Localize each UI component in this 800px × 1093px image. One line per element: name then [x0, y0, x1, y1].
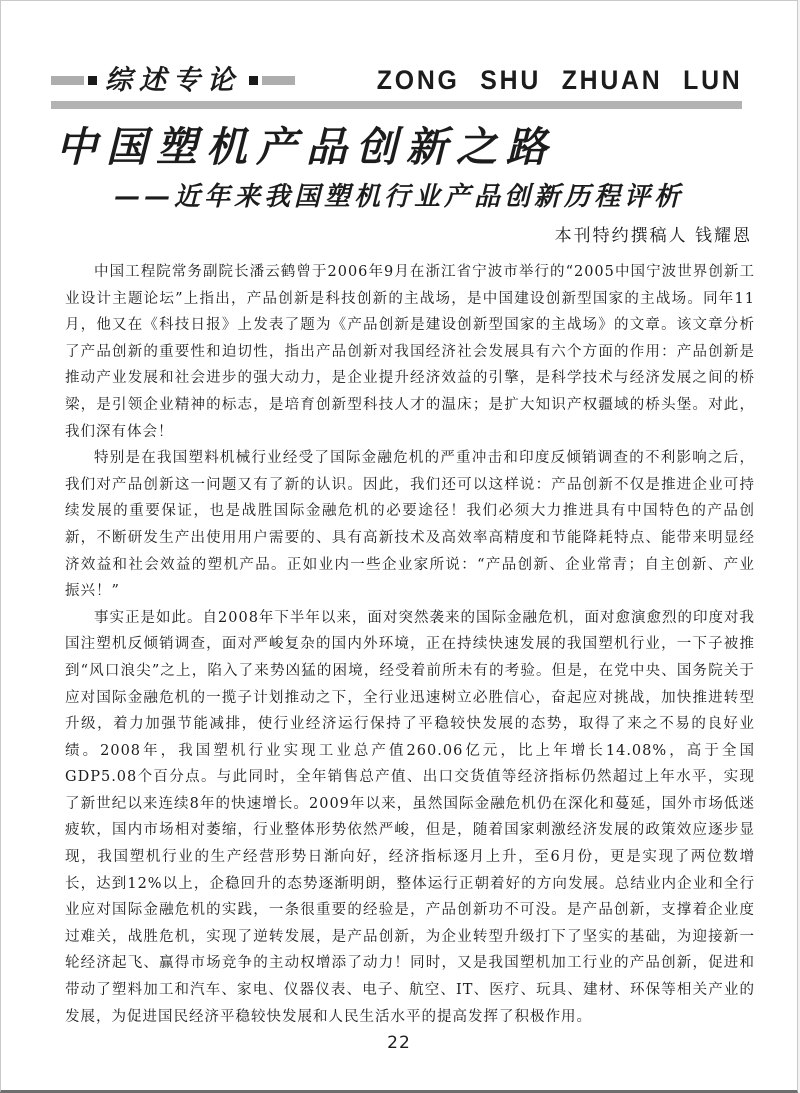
decor-bar-left — [51, 76, 84, 85]
page-header: 综述专论 ZONG SHU ZHUAN LUN — [51, 67, 742, 109]
section-label: 综述专论 — [101, 67, 245, 94]
section-label-pinyin: ZONG SHU ZHUAN LUN — [376, 67, 742, 94]
page-number: 22 — [1, 1033, 797, 1053]
article-byline: 本刊特约撰稿人 钱耀恩 — [56, 225, 752, 247]
decor-square-right — [249, 76, 258, 85]
decor-square-left — [88, 76, 97, 85]
decor-bar-right — [262, 76, 295, 85]
title-block: 中国塑机产品创新之路 ——近年来我国塑机行业产品创新历程评析 本刊特约撰稿人 钱… — [56, 121, 752, 247]
paragraph-2: 特别是在我国塑料机械行业经受了国际金融危机的严重冲击和印度反倾销调查的不利影响之… — [65, 445, 755, 605]
section-label-group: 综述专论 — [51, 67, 295, 94]
header-rule — [51, 101, 742, 109]
article-subtitle: ——近年来我国塑机行业产品创新历程评析 — [114, 179, 752, 215]
header-row: 综述专论 ZONG SHU ZHUAN LUN — [51, 67, 742, 94]
article-body: 中国工程院常务副院长潘云鹤曾于2006年9月在浙江省宁波市举行的“2005中国宁… — [65, 259, 755, 1030]
paragraph-3: 事实正是如此。自2008年下半年以来，面对突然袭来的国际金融危机，面对愈演愈烈的… — [65, 605, 755, 1031]
article-title: 中国塑机产品创新之路 — [56, 121, 752, 173]
magazine-page: 综述专论 ZONG SHU ZHUAN LUN 中国塑机产品创新之路 ——近年来… — [0, 0, 798, 1093]
paragraph-1: 中国工程院常务副院长潘云鹤曾于2006年9月在浙江省宁波市举行的“2005中国宁… — [65, 259, 755, 445]
